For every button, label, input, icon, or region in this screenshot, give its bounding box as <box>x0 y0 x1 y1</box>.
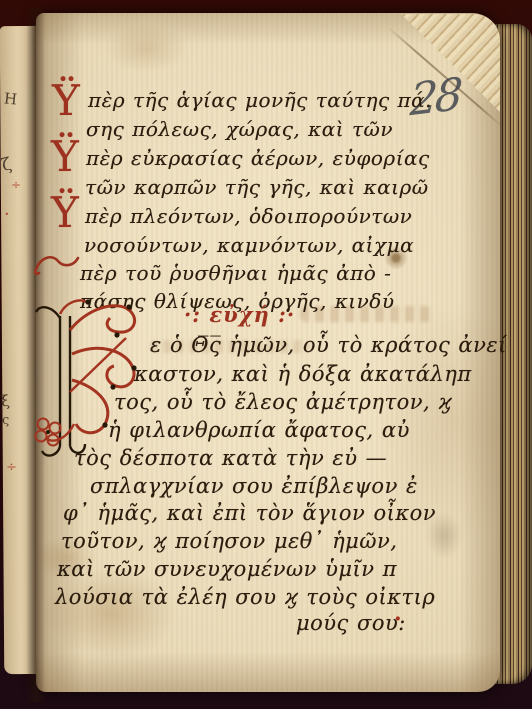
manuscript-line: φ᾽ ἡμᾶς, καὶ ἐπὶ τὸν ἅγιον οἶκον <box>63 501 436 525</box>
manuscript-line: τῶν καρπῶν τῆς γῆς, καὶ καιρῶ <box>85 175 429 199</box>
manuscript-line: πὲρ τῆς ἁγίας μονῆς ταύτης πά. <box>88 88 432 112</box>
margin-fragment: ÷ <box>11 178 21 192</box>
manuscript-photo: Η ζ ÷ · ξ ς ÷ 28 Ϋ Ϋ Ϋ πὲρ τῆς ἁγίας μον… <box>0 0 532 709</box>
manuscript-line: λούσια τὰ ἐλέη σου ϗ τοὺς οἰκτιρ <box>55 585 435 609</box>
manuscript-line: σπλαγχνίαν σου ἐπίβλεψον ἐ <box>90 474 418 498</box>
manuscript-line: ε ὁ Θ̅ς̅ ἡμῶν, οὗ τὸ κράτος ἀνεί <box>150 333 507 357</box>
manuscript-line: πὲρ τοῦ ῥυσθῆναι ἡμᾶς ἀπὸ - <box>80 261 391 285</box>
margin-fragment: ÷ <box>6 460 17 475</box>
manuscript-line: μούς σου: <box>296 611 406 635</box>
rubric-prayer-heading: ·: εὐχή :· <box>184 302 295 327</box>
manuscript-line: ἡ φιλανθρωπία ἄφατος, αὐ <box>108 418 410 442</box>
rubricated-end-dot: · <box>394 606 402 632</box>
rubricated-swash-icon <box>32 252 82 276</box>
margin-fragment: · <box>4 204 10 225</box>
manuscript-line: καστον, καὶ ἡ δόξα ἀκατάληπ <box>134 362 472 386</box>
rubricated-initial-upsilon: Ϋ <box>51 136 79 178</box>
manuscript-line: τος, οὗ τὸ ἔλεος ἀμέτρητον, ϗ <box>114 390 452 414</box>
manuscript-line: τὸς δέσποτα κατὰ τὴν εὐ — <box>74 446 387 470</box>
manuscript-line: νοσούντων, καμνόντων, αἰχμα <box>84 233 414 257</box>
rubricated-initial-upsilon: Ϋ <box>52 80 80 122</box>
manuscript-line: σης πόλεως, χώρας, καὶ τῶν <box>86 117 393 141</box>
margin-fragment: ς <box>2 413 9 428</box>
manuscript-line: πὲρ πλεόντων, ὁδοιπορούντων <box>85 204 412 228</box>
manuscript-line: τοῦτον, ϗ ποίησον μεθ᾽ ἡμῶν, <box>61 529 397 553</box>
manuscript-line: πὲρ εὐκρασίας ἀέρων, εὐφορίας <box>86 146 430 170</box>
margin-fragment: Η <box>3 89 18 108</box>
manuscript-line: καὶ τῶν συνευχομένων ὑμῖν π <box>57 557 397 581</box>
rubricated-initial-upsilon: Ϋ <box>51 192 79 234</box>
